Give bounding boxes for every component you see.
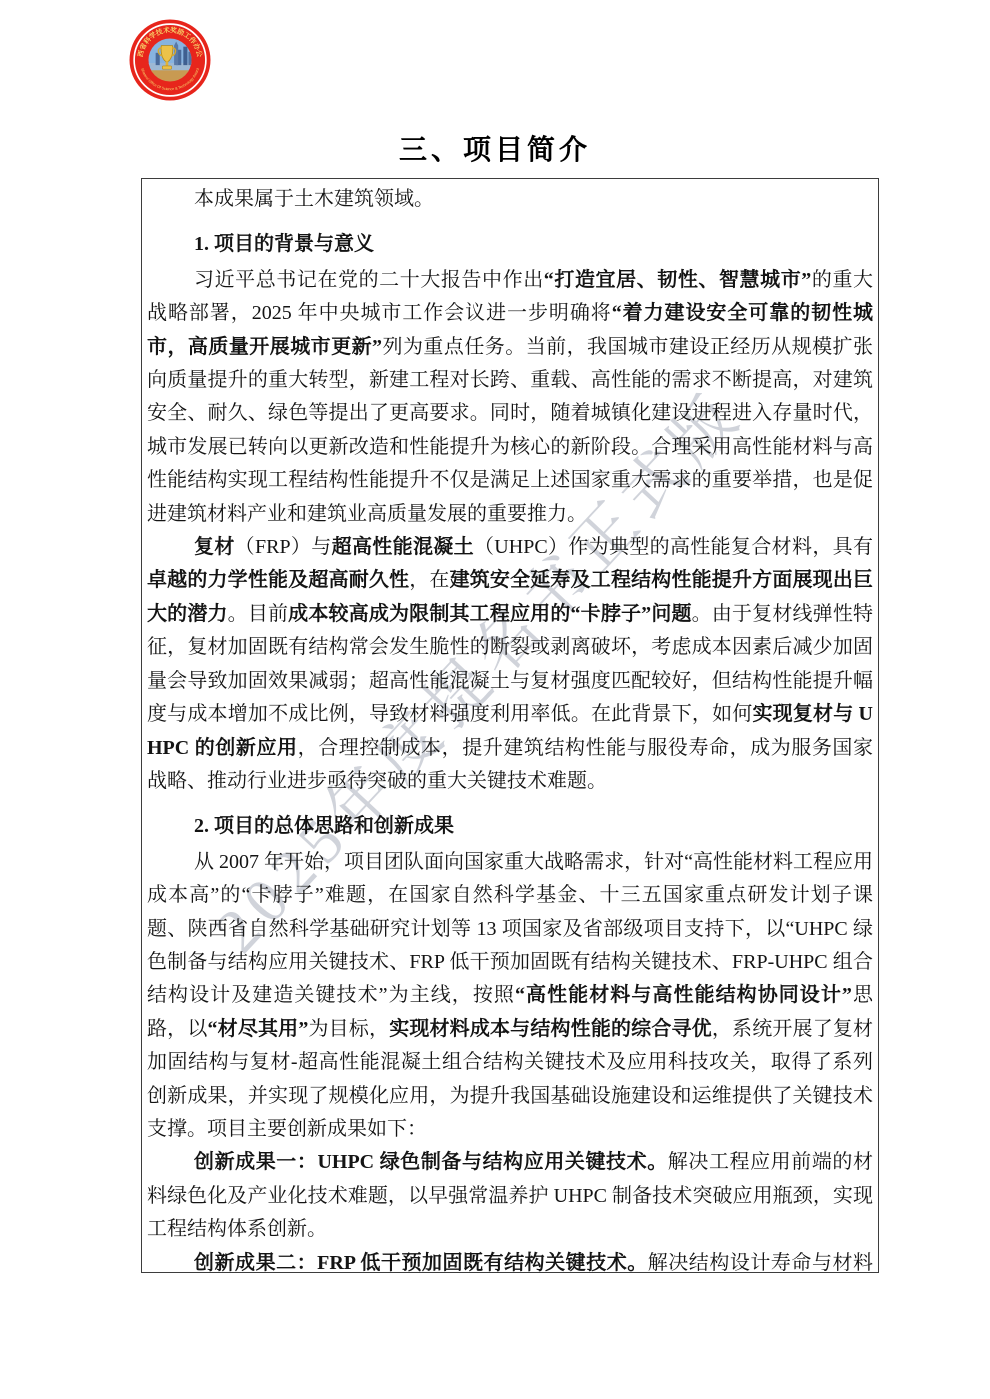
text-run-bold: 1. 项目的背景与意义 — [194, 233, 374, 255]
text-run: 习近平总书记在党的二十大报告中作出 — [194, 269, 544, 291]
text-run-bold: “高性能材料与高性能结构协同设计” — [515, 984, 852, 1006]
text-run: 列为重点任务。当前，我国城市建设正经历从规模扩张向质量提升的重大转型，新建工程对… — [147, 336, 873, 525]
document-page: 陕西省科学技术奖励工作办公室 Shaanxi Office Of Science… — [0, 0, 990, 1399]
text-run: ，在 — [409, 569, 449, 591]
text-run: 为目标， — [308, 1018, 389, 1040]
intro-line: 本成果属于土木建筑领域。 — [147, 183, 873, 216]
paragraph-achievement-2: 创新成果二：FRP 低干预加固既有结构关键技术。解决结构设计寿命与材料寿 — [147, 1247, 873, 1273]
text-run-bold: 成本较高成为限制其工程应用的“卡脖子”问题 — [288, 603, 692, 625]
text-run: 从 2007 年开始，项目团队面向国家重大战略需求，针对“高性能材料工程应用成本… — [147, 851, 873, 1007]
text-run: （UHPC）作为典型的高性能复合材料，具有 — [474, 536, 873, 558]
text-run: 。目前 — [228, 603, 289, 625]
text-run-bold: 2. 项目的总体思路和创新成果 — [194, 815, 454, 837]
text-run-bold: “材尽其用” — [208, 1018, 309, 1040]
content-box: 本成果属于土木建筑领域。 1. 项目的背景与意义 习近平总书记在党的二十大报告中… — [141, 178, 879, 1273]
paragraph-frp-uhpc: 复材（FRP）与超高性能混凝土（UHPC）作为典型的高性能复合材料，具有卓越的力… — [147, 531, 873, 798]
paragraph-background: 习近平总书记在党的二十大报告中作出“打造宜居、韧性、智慧城市”的重大战略部署，2… — [147, 264, 873, 531]
section-heading-1: 1. 项目的背景与意义 — [147, 228, 873, 261]
text-run: （FRP）与 — [235, 536, 332, 558]
text-run-bold: “打造宜居、韧性、智慧城市” — [544, 269, 812, 291]
page-title: 三、项目简介 — [0, 128, 990, 168]
text-run: 本成果属于土木建筑领域。 — [194, 188, 434, 210]
paragraph-achievement-1: 创新成果一：UHPC 绿色制备与结构应用关键技术。解决工程应用前端的材料绿色化及… — [147, 1146, 873, 1246]
text-run-bold: 创新成果二：FRP 低干预加固既有结构关键技术。 — [194, 1252, 648, 1273]
section-heading-2: 2. 项目的总体思路和创新成果 — [147, 810, 873, 843]
paragraph-overview: 从 2007 年开始，项目团队面向国家重大战略需求，针对“高性能材料工程应用成本… — [147, 846, 873, 1147]
text-run-bold: 实现材料成本与结构性能的综合寻优 — [389, 1018, 712, 1040]
text-run-bold: 超高性能混凝土 — [332, 536, 474, 558]
text-run-bold: 复材 — [194, 536, 235, 558]
award-office-seal-logo: 陕西省科学技术奖励工作办公室 Shaanxi Office Of Science… — [129, 19, 211, 101]
text-run-bold: 卓越的力学性能及超高耐久性 — [147, 569, 409, 591]
text-run-bold: 创新成果一：UHPC 绿色制备与结构应用关键技术。 — [194, 1151, 668, 1173]
